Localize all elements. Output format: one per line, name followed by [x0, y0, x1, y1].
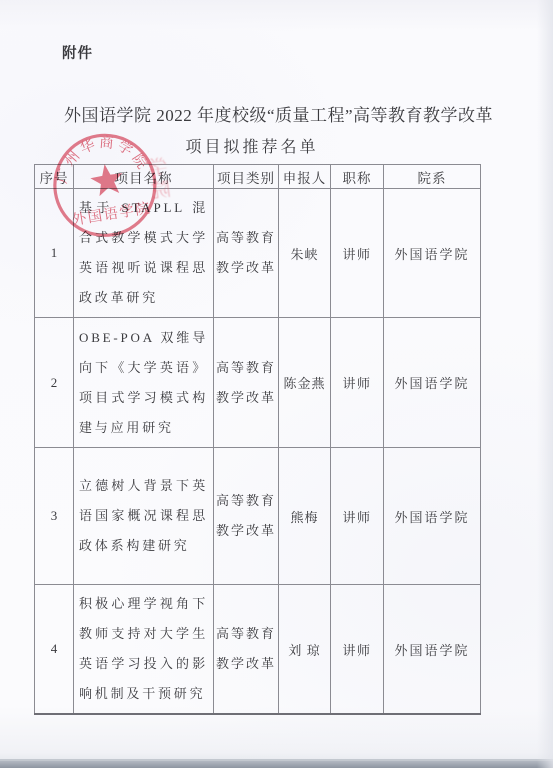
serial-cell: 3: [35, 448, 74, 585]
attachment-label: 附件: [62, 42, 93, 63]
table-row: 1 基于 STAPLL 混合式教学模式大学 英语视听说课程思政改革研究 高等教育…: [35, 189, 481, 318]
header-cell-department: 院系: [384, 165, 481, 189]
title-cell: 讲师: [331, 448, 384, 585]
title-cell: 讲师: [331, 318, 384, 448]
table-row: 2 OBE-POA 双维导向下《大学英语》 项目式学习模式构建与应用研究 高等教…: [35, 318, 481, 448]
applicant-cell: 熊梅: [279, 448, 331, 585]
project-name-cell: OBE-POA 双维导向下《大学英语》 项目式学习模式构建与应用研究: [74, 318, 214, 448]
header-cell-title: 职称: [331, 165, 384, 189]
serial-cell: 2: [35, 318, 74, 448]
department-cell: 外国语学院: [384, 189, 481, 318]
category-cell: 高等教育教学改革: [214, 318, 279, 448]
category-cell: 高等教育教学改革: [214, 189, 279, 318]
header-cell-project-name: 项目名称: [74, 165, 214, 189]
document-title-line1: 外国语学院 2022 年度校级“质量工程”高等教育教学改革: [2, 101, 553, 126]
category-cell: 高等教育教学改革: [214, 585, 279, 715]
applicant-cell: 陈金燕: [279, 318, 331, 448]
scan-right-shade: [537, 0, 553, 768]
header-cell-serial: 序号: [35, 165, 74, 189]
department-cell: 外国语学院: [384, 585, 481, 715]
header-cell-category: 项目类别: [214, 165, 279, 189]
serial-cell: 1: [35, 189, 74, 318]
project-name-cell: 积极心理学视角下教师支持对大学生英语学习投入的影响机制及干预研究: [74, 585, 214, 715]
applicant-cell: 朱峡: [279, 189, 331, 318]
recommendation-table: 序号 项目名称 项目类别 申报人 职称 院系 1 基于 STAPLL 混合式教学…: [34, 164, 481, 715]
title-cell: 讲师: [331, 189, 384, 318]
applicant-cell: 刘 琼: [279, 585, 331, 715]
category-cell: 高等教育教学改革: [214, 448, 279, 585]
document-title-line2: 项目拟推荐名单: [0, 134, 504, 157]
department-cell: 外国语学院: [384, 448, 481, 585]
table-row: 3 立德树人背景下英语国家概况课程思政体系构建研究 高等教育教学改革 熊梅 讲师…: [35, 448, 481, 585]
table-row: 4 积极心理学视角下教师支持对大学生英语学习投入的影响机制及干预研究 高等教育教…: [35, 585, 481, 715]
project-name-cell: 基于 STAPLL 混合式教学模式大学 英语视听说课程思政改革研究: [74, 189, 214, 318]
department-cell: 外国语学院: [384, 318, 481, 448]
header-cell-applicant: 申报人: [279, 165, 331, 189]
scan-bottom-edge: [0, 761, 553, 768]
table-header-row: 序号 项目名称 项目类别 申报人 职称 院系: [35, 165, 481, 189]
title-cell: 讲师: [331, 585, 384, 715]
project-name-cell: 立德树人背景下英语国家概况课程思政体系构建研究: [74, 448, 214, 585]
serial-cell: 4: [35, 585, 74, 715]
scanned-document-page: 附件 外国语学院 2022 年度校级“质量工程”高等教育教学改革 项目拟推荐名单…: [0, 0, 553, 768]
